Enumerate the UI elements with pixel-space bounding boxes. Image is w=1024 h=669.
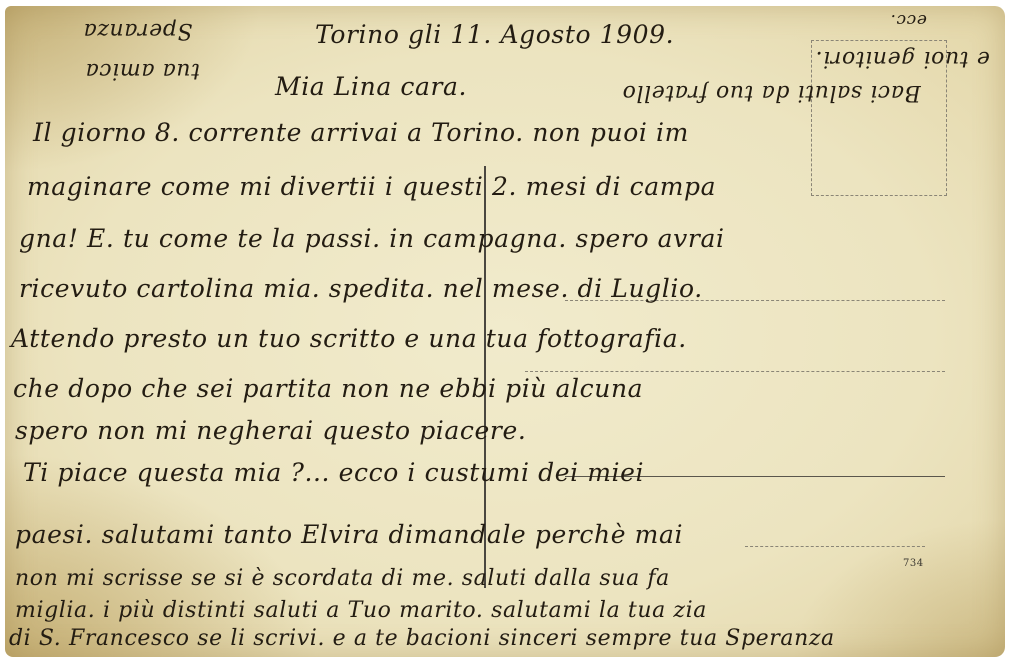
upside-down-signature: Speranza (83, 18, 192, 43)
body-line: Il giorno 8. corrente arrivai a Torino. … (33, 118, 689, 147)
body-line: maginare come mi divertii i questi 2. me… (27, 172, 716, 201)
date-line: Torino gli 11. Agosto 1909. (315, 20, 674, 49)
upside-down-note: e tuoi genitori. (815, 46, 990, 71)
body-line: paesi. salutami tanto Elvira dimandale p… (15, 520, 683, 549)
scanned-postcard-page: 734 Speranza tua amica Baci saluti da tu… (0, 0, 1024, 669)
postcard-back: 734 Speranza tua amica Baci saluti da tu… (5, 6, 1005, 657)
upside-down-note: tua amica (85, 58, 200, 83)
body-line: di S. Francesco se li scrivi. e a te bac… (9, 626, 835, 651)
address-line (525, 371, 945, 372)
body-line: gna! E. tu come te la passi. in campagna… (19, 224, 725, 253)
body-line: Ti piace questa mia ?... ecco i custumi … (23, 458, 644, 487)
greeting: Mia Lina cara. (275, 72, 467, 101)
upside-down-note: ecc. (890, 10, 927, 30)
body-line: spero non mi negherai questo piacere. (15, 416, 526, 445)
print-number: 734 (903, 558, 924, 569)
body-line: ricevuto cartolina mia. spedita. nel mes… (19, 274, 703, 303)
address-line (745, 546, 925, 547)
body-line: miglia. i più distinti saluti a Tuo mari… (15, 598, 707, 623)
upside-down-note: Baci saluti da tuo fratello (622, 80, 921, 105)
body-line: non mi scrisse se si è scordata di me. s… (15, 566, 670, 591)
body-line: che dopo che sei partita non ne ebbi più… (13, 374, 643, 403)
body-line: Attendo presto un tuo scritto e una tua … (11, 324, 687, 353)
